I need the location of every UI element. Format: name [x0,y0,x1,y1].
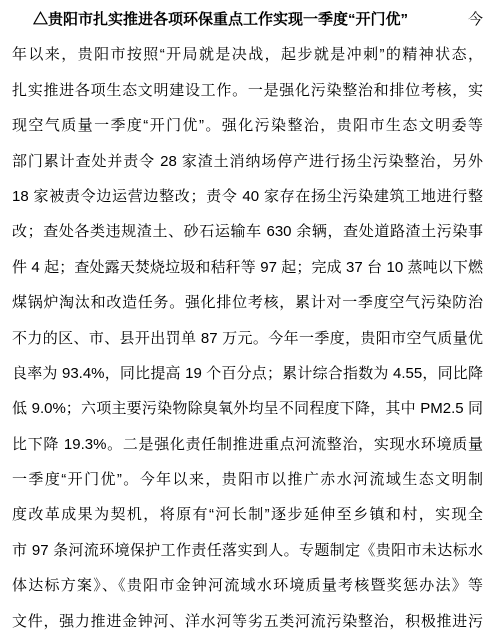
text-line: 件 4 起；查处露天焚烧垃圾和秸秆等 97 起；完成 37 台 10 蒸吨以下燃 [12,250,483,285]
text-line: 现空气质量一季度“开门优”。强化污染整治，贵阳市生态文明委等 [12,108,483,143]
text-line: 煤锅炉淘汰和改造任务。强化排位考核，累计对一季度空气污染防治 [12,285,483,320]
text-line: 年以来，贵阳市按照“开局就是决战，起步就是冲刺”的精神状态， [12,37,483,72]
text-line: 度改革成果为契机，将原有“河长制”逐步延伸至乡镇和村，实现全 [12,497,483,532]
text-line: 比下降 19.3%。二是强化责任制推进重点河流整治，实现水环境质量 [12,427,483,462]
text-line: 体达标方案》、《贵阳市金钟河流域水环境质量考核暨奖惩办法》等 [12,568,483,603]
text-line: 改；查处各类违规渣土、砂石运输车 630 余辆，查处道路渣土污染事 [12,214,483,249]
text-line: 扎实推进各项生态文明建设工作。一是强化污染整治和排位考核，实 [12,73,483,108]
text-line: 良率为 93.4%，同比提高 19 个百分点；累计综合指数为 4.55，同比降 [12,356,483,391]
text-line: 部门累计查处并责令 28 家渣土消纳场停产进行扬尘污染整治，另外 [12,144,483,179]
text-line: 一季度“开门优”。今年以来，贵阳市以推广赤水河流域生态文明制 [12,462,483,497]
article-title-line: △贵阳市扎实推进各项环保重点工作实现一季度“开门优” 今 [12,2,483,37]
text-line: 不力的区、市、县开出罚单 87 万元。今年一季度，贵阳市空气质量优 [12,321,483,356]
text-line: 低 9.0%；六项主要污染物除臭氧外均呈不同程度下降，其中 PM2.5 同 [12,391,483,426]
article-title: △贵阳市扎实推进各项环保重点工作实现一季度“开门优” [33,2,408,37]
text-line: 文件，强力推进金钟河、洋水河等劣五类河流污染整治，积极推进污 [12,604,483,639]
text-line: 市 97 条河流环境保护工作责任落实到人。专题制定《贵阳市未达标水 [12,533,483,568]
document-page: △贵阳市扎实推进各项环保重点工作实现一季度“开门优” 今 年以来，贵阳市按照“开… [0,0,492,640]
article-title-tail-text: 今 [468,2,483,37]
text-line: 18 家被责令边运营边整改；责令 40 家存在扬尘污染建筑工地进行整 [12,179,483,214]
